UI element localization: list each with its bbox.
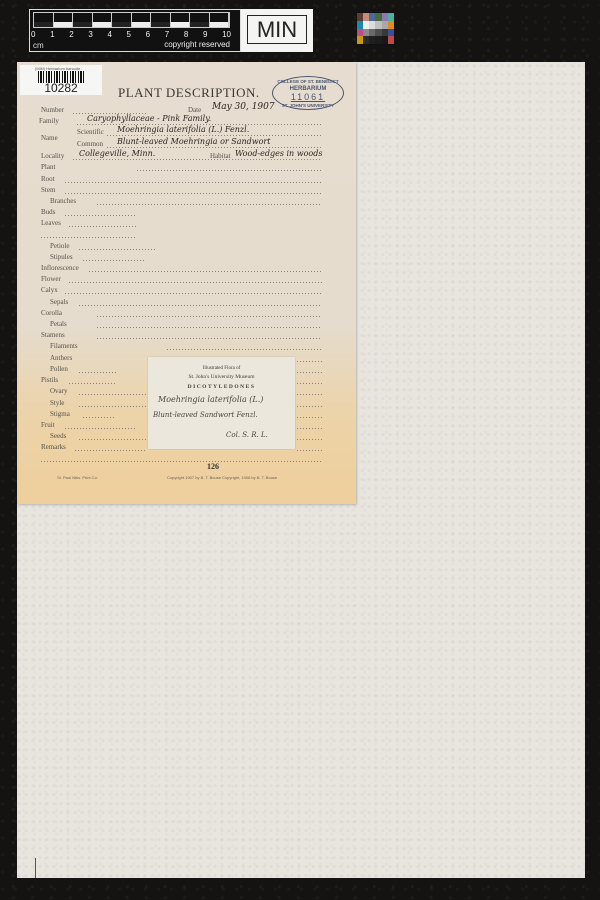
copyright-text: copyright reserved <box>164 40 230 49</box>
field-plant: Plant <box>17 163 356 174</box>
scale-number: 10 <box>222 30 231 40</box>
museum-label-collector: Col. S. R. L. <box>226 431 268 439</box>
color-swatch <box>388 21 394 29</box>
color-calibration-chart <box>356 12 395 45</box>
field-stem: Stem <box>17 186 356 197</box>
color-swatch <box>388 29 394 37</box>
field-label: Sepals <box>50 298 68 306</box>
field-label: Fruit <box>41 421 55 429</box>
field-filaments: Filaments <box>17 342 356 353</box>
field-buds: Buds <box>17 208 356 219</box>
scientific-name-value: Moehringia laterifolia (L.) Fenzl. <box>117 125 249 134</box>
field-label: Filaments <box>50 342 78 350</box>
field-leaves: Leaves <box>17 219 356 230</box>
institution-code: MIN <box>247 15 307 44</box>
museum-label-institution: St. John's University Museum <box>148 374 295 380</box>
field-label: Remarks <box>41 443 66 451</box>
scale-ticks <box>33 12 230 28</box>
field-label: Seeds <box>50 432 66 440</box>
scale-numbers: 0 1 2 3 4 5 6 7 8 9 10 <box>31 30 241 40</box>
museum-label-heading: Illustrated Flora of <box>148 366 295 371</box>
field-stamens: Stamens <box>17 331 356 342</box>
field-label: Leaves <box>41 219 61 227</box>
field-calyx: Calyx <box>17 286 356 297</box>
color-swatch <box>388 36 394 44</box>
field-flower: Flower <box>17 275 356 286</box>
field-stipules: Stipules <box>17 253 356 264</box>
scale-bar: 0 1 2 3 4 5 6 7 8 9 10 cm copyright rese… <box>29 9 241 52</box>
scale-number: 5 <box>127 30 131 40</box>
locality-value: Collegeville, Minn. <box>79 149 155 158</box>
scale-number: 9 <box>203 30 207 40</box>
scale-number: 0 <box>31 30 35 40</box>
scale-number: 2 <box>69 30 73 40</box>
scale-number: 6 <box>146 30 150 40</box>
printer-credit: St. Paul Ntks. Print Co. <box>57 475 98 480</box>
habitat-value: Wood-edges in woods <box>235 149 322 158</box>
scale-number: 3 <box>88 30 92 40</box>
field-label: Number <box>41 106 64 114</box>
field-label: Anthers <box>50 354 72 362</box>
field-label: Locality <box>41 152 64 160</box>
field-petiole: Petiole <box>17 242 356 253</box>
pencil-mark <box>35 858 36 878</box>
field-label: Root <box>41 175 55 183</box>
field-label: Date <box>188 106 201 114</box>
field-label: Stipules <box>50 253 73 261</box>
copyright-credit: Copyright 1907 by B. T. Bouse Copyright,… <box>167 475 277 480</box>
field-sepals: Sepals <box>17 298 356 309</box>
field-label: Style <box>50 399 64 407</box>
field-locality: Locality Collegeville, Minn. Habitat Woo… <box>17 152 356 163</box>
field-root: Root <box>17 175 356 186</box>
scale-number: 8 <box>184 30 188 40</box>
field-label: Calyx <box>41 286 58 294</box>
museum-label-common-name: Blunt-leaved Sandwort Fenzl. <box>153 411 258 419</box>
family-value: Caryophyllaceae - Pink Family. <box>87 114 211 123</box>
museum-label: Illustrated Flora of St. John's Universi… <box>148 357 295 449</box>
stamp-top-text: COLLEGE OF ST. BENEDICT <box>273 79 343 84</box>
field-label: Stamens <box>41 331 65 339</box>
field-label: Stigma <box>50 410 70 418</box>
scale-number: 7 <box>165 30 169 40</box>
color-swatch <box>388 13 394 21</box>
field-label: Habitat <box>210 152 231 160</box>
stamp-accession-number: 11061 <box>273 92 343 102</box>
field-label: Corolla <box>41 309 62 317</box>
field-label: Ovary <box>50 387 68 395</box>
scale-unit: cm <box>33 41 44 50</box>
field-petals: Petals <box>17 320 356 331</box>
field-leaves-cont <box>17 230 356 241</box>
field-label: Family <box>39 117 59 125</box>
date-value: May 30, 1907 <box>212 102 275 112</box>
field-label: Pistils <box>41 376 58 384</box>
field-label: Branches <box>50 197 76 205</box>
museum-label-species: Moehringia laterifolia (L.) <box>158 395 263 404</box>
field-label: Petals <box>50 320 67 328</box>
field-label: Common <box>77 140 103 148</box>
field-remarks-cont <box>17 454 356 465</box>
field-label: Flower <box>41 275 61 283</box>
museum-label-class: DICOTYLEDONES <box>148 384 295 390</box>
barcode-sticker: (MIN) Herbarium barcode 10282 <box>20 65 102 95</box>
field-label: Pollen <box>50 365 68 373</box>
field-label: Buds <box>41 208 55 216</box>
field-inflorescence: Inflorescence <box>17 264 356 275</box>
field-corolla: Corolla <box>17 309 356 320</box>
field-label: Plant <box>41 163 55 171</box>
scale-number: 1 <box>50 30 54 40</box>
folio-number: 126 <box>207 462 219 471</box>
field-label: Petiole <box>50 242 69 250</box>
field-label: Stem <box>41 186 55 194</box>
scale-number: 4 <box>107 30 111 40</box>
barcode-number: 10282 <box>20 81 102 95</box>
field-branches: Branches <box>17 197 356 208</box>
label-title: PLANT DESCRIPTION. <box>118 85 260 101</box>
common-name-value: Blunt-leaved Moehringia or Sandwort <box>117 137 270 146</box>
herbarium-stamp: COLLEGE OF ST. BENEDICT HERBARIUM 11061 … <box>272 76 344 110</box>
institution-tag: MIN <box>241 9 313 52</box>
field-label: Inflorescence <box>41 264 79 272</box>
